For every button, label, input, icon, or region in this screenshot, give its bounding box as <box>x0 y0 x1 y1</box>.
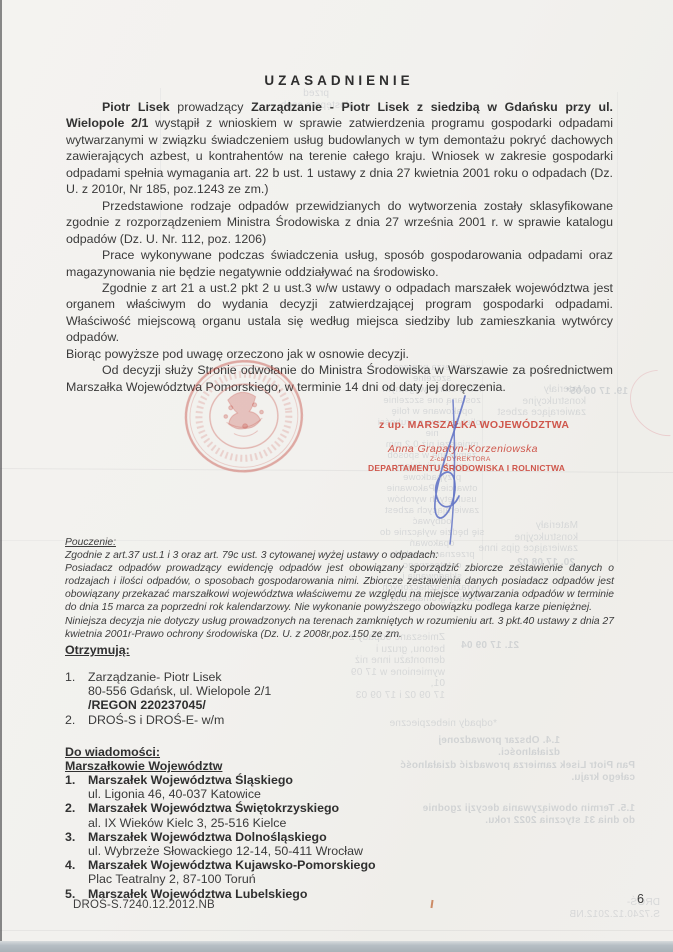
for-information-heading: Do wiadomości: <box>65 745 485 759</box>
stray-ink-arc <box>616 356 673 450</box>
round-official-stamp <box>175 351 316 484</box>
recipient-item: 2. DROŚ-S i DROŚ-E- w/m <box>65 713 465 727</box>
bleedthrough-table-line <box>617 92 618 562</box>
marshal-address: ul. Wybrzeże Słowackiego 12-14, 50-411 W… <box>88 844 485 858</box>
paragraph-jurisdiction: Zgodnie z art 21 a ust.2 pkt 2 u ust.3 w… <box>66 280 613 346</box>
recipient-item: 1. Zarządzanie- Piotr Lisek <box>65 670 465 684</box>
scanned-document-page: przed dostępem osób powierza poprzez szc… <box>0 0 673 952</box>
marshal-item: 3. Marszałek Województwa Dolnośląskiego <box>65 830 485 844</box>
marshal-address: al. IX Wieków Kielc 3, 25-516 Kielce <box>88 816 485 830</box>
scan-edge-shadow <box>0 0 2 941</box>
for-information-section: Do wiadomości: Marszałkowie Województw 1… <box>65 745 485 901</box>
handwritten-signature <box>413 392 485 548</box>
legal-notice-heading: Pouczenie: <box>65 536 614 549</box>
ink-speck <box>430 900 433 908</box>
recipient-address: 80-556 Gdańsk, ul. Wielopole 2/1 <box>88 684 465 698</box>
legal-notice-body: Posiadacz odpadów prowadzący ewidencję o… <box>65 562 614 614</box>
legal-notice-intro: Zgodnie z art.37 ust.1 i 3 oraz art. 79c… <box>65 549 614 562</box>
paragraph-conclusion: Biorąc powyższe pod uwagę orzeczono jak … <box>66 346 613 362</box>
paragraph-applicant: Piotr Lisek prowadzący Zarządzanie - Pio… <box>66 99 613 198</box>
marshal-item: 2. Marszałek Województwa Świętokrzyskieg… <box>65 801 485 815</box>
marshal-address: ul. Ligonia 46, 40-037 Katowice <box>88 787 485 801</box>
document-body: Piotr Lisek prowadzący Zarządzanie - Pio… <box>66 99 613 395</box>
recipient-regon: /REGON 220237045/ <box>88 698 465 712</box>
marshal-item: 4. Marszałek Województwa Kujawsko-Pomors… <box>65 858 485 872</box>
legal-notice-section: Pouczenie: Zgodnie z art.37 ust.1 i 3 or… <box>65 536 614 641</box>
paragraph-appeal: Od decyzji służy Stronie odwołanie do Mi… <box>66 362 613 395</box>
applicant-name: Piotr Lisek <box>102 100 170 114</box>
page-number: 6 <box>637 892 644 906</box>
marshal-address: Plac Teatralny 2, 87-100 Toruń <box>88 872 485 886</box>
recipients-heading: Otrzymują: <box>65 643 465 657</box>
legal-notice-note: Niniejsza decyzja nie dotyczy usług prow… <box>65 615 614 641</box>
document-title: UZASADNIENIE <box>66 73 612 88</box>
paragraph-environment: Prace wykonywane podczas świadczenia usł… <box>66 247 613 280</box>
document-reference-number: DROŚ-S.7240.12.2012.NB <box>73 899 215 911</box>
stamp-department-line: DEPARTAMENTU ŚRODOWISKA I ROLNICTWA <box>368 463 618 473</box>
paper-crease <box>0 930 673 931</box>
marshal-item: 1. Marszałek Województwa Śląskiego <box>65 773 485 787</box>
scanner-bed-strip <box>0 941 673 952</box>
recipients-section: Otrzymują: 1. Zarządzanie- Piotr Lisek 8… <box>65 643 465 727</box>
marshals-heading: Marszałkowie Województw <box>65 759 485 773</box>
paragraph-classification: Przedstawione rodzaje odpadów przewidzia… <box>66 198 613 247</box>
